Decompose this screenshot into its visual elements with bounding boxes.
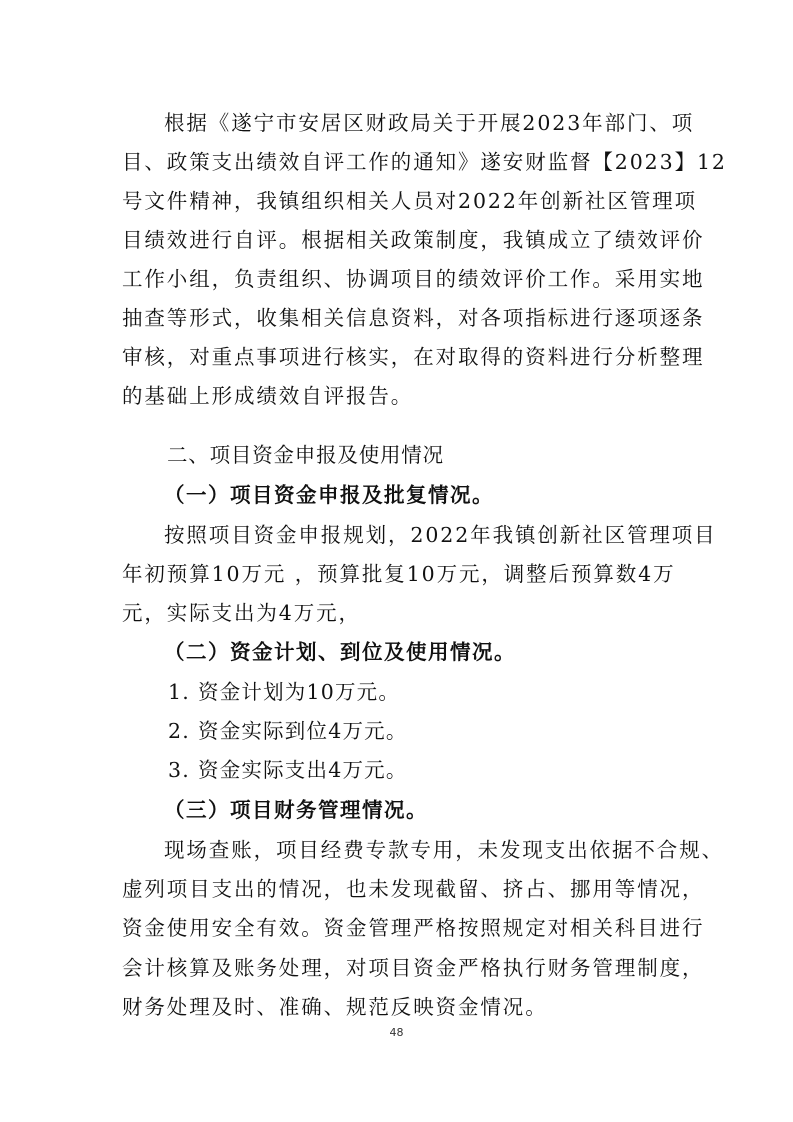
list-number: 1. bbox=[168, 679, 198, 705]
body-text-line: 资金使用安全有效。资金管理严格按照规定对相关科目进行 bbox=[122, 915, 674, 941]
body-text-line: 审核，对重点事项进行核实，在对取得的资料进行分析整理 bbox=[122, 344, 674, 370]
list-text: 资金实际到位4万元。 bbox=[198, 719, 408, 743]
body-text-line: 虚列项目支出的情况，也未发现截留、挤占、挪用等情况， bbox=[122, 876, 674, 902]
body-text-line: 目绩效进行自评。根据相关政策制度，我镇成立了绩效评价 bbox=[122, 227, 674, 253]
body-text-line: 抽查等形式，收集相关信息资料，对各项指标进行逐项逐条 bbox=[122, 305, 674, 331]
body-text-line: 按照项目资金申报规划，2022年我镇创新社区管理项目 bbox=[164, 522, 674, 548]
subsection-heading: （三）项目财务管理情况。 bbox=[164, 797, 428, 823]
body-text-line: 目、政策支出绩效自评工作的通知》遂安财监督【2023】12 bbox=[122, 149, 674, 175]
section-heading: 二、项目资金申报及使用情况 bbox=[167, 442, 444, 468]
body-text-line: 财务处理及时、准确、规范反映资金情况。 bbox=[122, 994, 674, 1020]
body-text-line: 工作小组，负责组织、协调项目的绩效评价工作。采用实地 bbox=[122, 266, 674, 292]
body-text-line: 根据《遂宁市安居区财政局关于开展2023年部门、项 bbox=[164, 110, 674, 136]
list-number: 3. bbox=[168, 757, 198, 783]
body-text-line: 年初预算10万元 ，预算批复10万元，调整后预算数4万 bbox=[122, 561, 674, 587]
body-text-line: 的基础上形成绩效自评报告。 bbox=[122, 383, 674, 409]
body-text-line: 号文件精神，我镇组织相关人员对2022年创新社区管理项 bbox=[122, 188, 674, 214]
body-text-line: 元，实际支出为4万元， bbox=[122, 600, 674, 626]
document-page: 根据《遂宁市安居区财政局关于开展2023年部门、项 目、政策支出绩效自评工作的通… bbox=[0, 0, 793, 1122]
subsection-heading: （一）项目资金申报及批复情况。 bbox=[164, 482, 494, 508]
list-item: 3.资金实际支出4万元。 bbox=[168, 757, 408, 783]
page-number: 48 bbox=[0, 1026, 793, 1039]
body-text-line: 会计核算及账务处理，对项目资金严格执行财务管理制度， bbox=[122, 955, 674, 981]
list-text: 资金计划为10万元。 bbox=[198, 680, 400, 704]
list-text: 资金实际支出4万元。 bbox=[198, 758, 408, 782]
list-item: 2.资金实际到位4万元。 bbox=[168, 718, 408, 744]
list-item: 1.资金计划为10万元。 bbox=[168, 679, 400, 705]
body-text-line: 现场查账，项目经费专款专用，未发现支出依据不合规、 bbox=[164, 837, 674, 863]
list-number: 2. bbox=[168, 718, 198, 744]
subsection-heading: （二）资金计划、到位及使用情况。 bbox=[164, 639, 516, 665]
